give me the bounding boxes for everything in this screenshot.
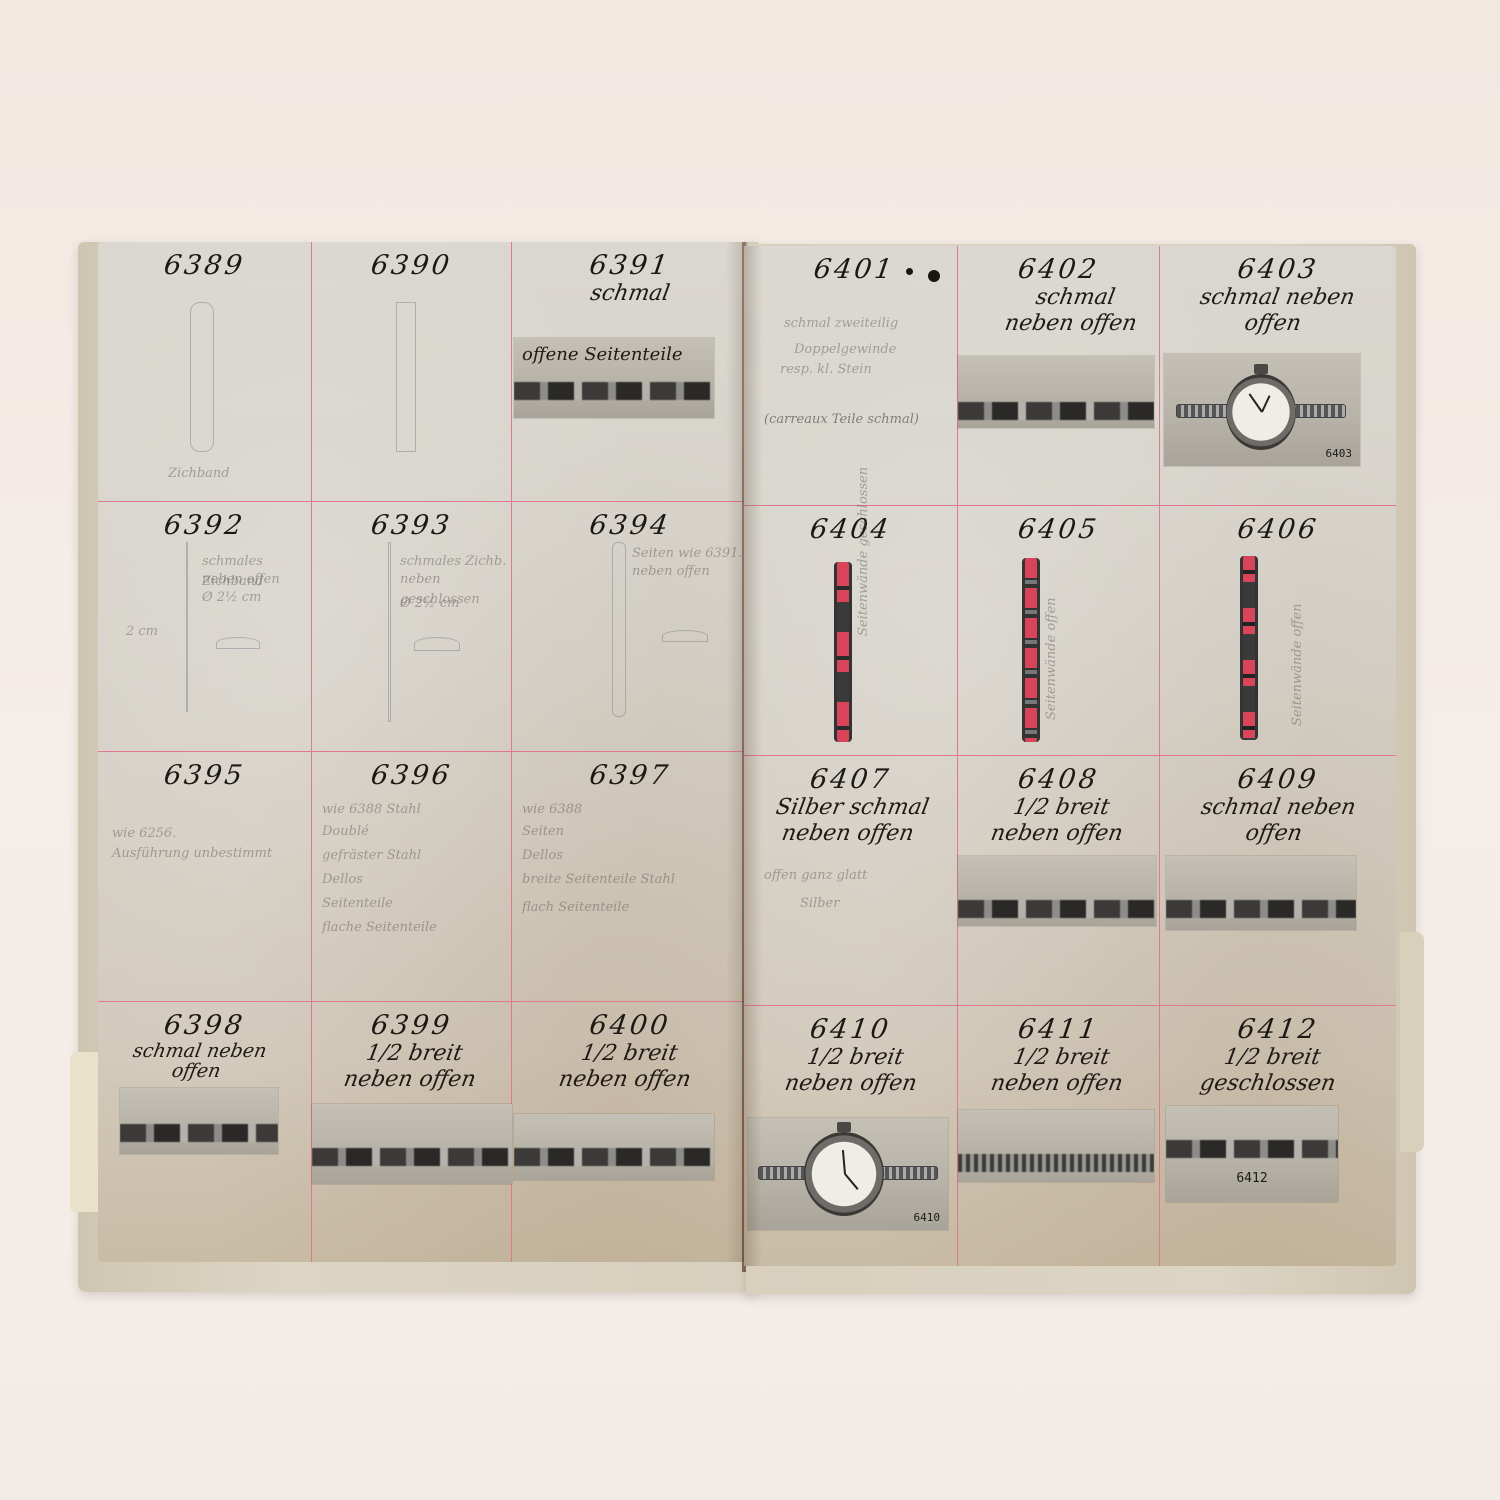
entry-label: 1/2 breit neben offen [979,795,1138,847]
pencil-note: neben offen [202,570,280,590]
entry-number: 6402 [956,254,1161,285]
pencil-note: neben offen [632,562,710,582]
pencil-note: 2 cm [126,622,158,642]
entry-label: schmal [510,281,748,307]
bracelet-band [958,402,1154,420]
pencil-note: Dellos [522,846,563,866]
pencil-note: schmales Zichb. [400,552,506,572]
entry-cell: 6412 1/2 breit geschlossen 6412 [1160,1006,1396,1266]
pencil-bracelet-sketch [186,542,188,712]
entry-number: 6389 [98,250,313,281]
entry-number: 6411 [956,1014,1161,1045]
entry-label: schmal neben offen [1185,285,1364,337]
bracelet-photo: 6412 [1166,1106,1338,1202]
pencil-bracelet-sketch [612,542,626,717]
bracelet-photo [312,1104,512,1184]
pencil-note: flache Seitenteile [322,918,437,938]
entry-label: 1/2 breit neben offen [773,1045,932,1097]
entry-cell: 6411 1/2 breit neben offen [958,1006,1160,1266]
pencil-note: Ø 2½ cm [202,588,261,608]
entry-number: 6392 [98,510,313,541]
red-bracelet-drawing [1240,556,1258,740]
entry-number: 6405 [956,514,1161,545]
pencil-profile-sketch [216,637,260,649]
pencil-note: offen ganz glatt [764,866,867,886]
entry-number: 6390 [310,250,513,281]
entry-label: schmal neben offen [124,1041,271,1081]
entry-cell: 6389 Zichband [98,242,312,502]
bracelet-band [312,1148,512,1166]
bracelet-band [958,900,1156,918]
entry-number: 6400 [510,1010,748,1041]
entry-label: 1/2 breit geschlossen [1185,1045,1354,1097]
entry-cell: 6407 Silber schmal neben offen offen gan… [744,756,958,1006]
right-page-grid: 6401 schmal zweiteilig Doppelgewinde res… [744,246,1396,1266]
entry-label: 1/2 breit neben offen [537,1041,716,1093]
entry-cell: 6406 Seitenwände offen [1160,506,1396,756]
pencil-note: Ø 2½ cm [400,594,459,614]
entry-cell: 6404 Seitenwände geschlossen [744,506,958,756]
pencil-note: breite Seitenteile Stahl [522,870,675,890]
entry-cell: 6405 Seitenwände offen [958,506,1160,756]
entry-number: 6398 [98,1010,313,1041]
bracelet-photo [958,1110,1154,1182]
red-bracelet-drawing [1022,558,1040,742]
ink-blot [928,270,940,282]
entry-label: schmal neben offen [993,285,1152,337]
left-page: 6389 Zichband 6390 6391 schmal offene Se… [98,242,748,1262]
pencil-note: Dellos [322,870,363,890]
entry-cell: 6395 wie 6256. Ausführung unbestimmt [98,752,312,1002]
pencil-note: resp. kl. Stein [780,360,872,380]
pencil-profile-sketch [414,637,460,651]
watch-photo: 6403 [1164,354,1360,466]
entry-cell: 6396 wie 6388 Stahl Doublé gefräster Sta… [312,752,512,1002]
entry-number: 6412 [1158,1014,1396,1045]
entry-number: 6406 [1158,514,1396,545]
entry-label: 1/2 breit neben offen [327,1041,496,1093]
pencil-note: Seitenwände offen [1042,597,1062,720]
pencil-note: Silber [800,894,839,914]
entry-cell: 6392 schmales Zichband neben offen Ø 2½ … [98,502,312,752]
pencil-note: Seiten [522,822,564,842]
entry-cell: 6391 schmal offene Seitenteile [512,242,748,502]
watch-face [1226,374,1296,450]
entry-number: 6394 [510,510,748,541]
entry-number: 6401 [744,254,959,285]
bracelet-photo [514,1114,714,1180]
entry-cell: 6390 [312,242,512,502]
watch-hand [842,1150,846,1174]
entry-cell: 6402 schmal neben offen [958,246,1160,506]
pencil-note: Ausführung unbestimmt [112,844,272,864]
bracelet-photo: offene Seitenteile [514,338,714,418]
bracelet-band [1166,1140,1338,1158]
pencil-note: Doublé [322,822,369,842]
entry-number: 6391 [510,250,748,281]
torn-edge-left [70,1052,100,1212]
entry-cell: 6393 schmales Zichb. neben geschlossen Ø… [312,502,512,752]
pencil-note: Zichband [168,464,230,484]
pencil-note: flach Seitenteile [522,898,629,918]
entry-number: 6399 [310,1010,513,1041]
bracelet-photo [1166,856,1356,930]
pencil-note: Seitenteile [322,894,393,914]
open-ledger-book: 6389 Zichband 6390 6391 schmal offene Se… [74,232,1434,1312]
bracelet-band [958,1154,1154,1172]
entry-number: 6409 [1158,764,1396,795]
torn-edge-right [1400,932,1424,1152]
pencil-note: gefräster Stahl [322,846,421,866]
bracelet-photo [958,856,1156,926]
pencil-note: Seiten wie 6391. [632,544,743,564]
bracelet-photo [958,356,1154,428]
bracelet-photo [120,1088,278,1154]
left-page-grid: 6389 Zichband 6390 6391 schmal offene Se… [98,242,748,1262]
entry-number: 6395 [98,760,313,791]
watch-photo: 6410 [748,1118,948,1230]
bracelet-band [120,1124,278,1142]
entry-cell: 6400 1/2 breit neben offen [512,1002,748,1262]
watch-hand [1261,395,1270,412]
watch-face [804,1132,884,1216]
entry-number: 6396 [310,760,513,791]
entry-number: 6397 [510,760,748,791]
pencil-bracelet-sketch [190,302,214,452]
watch-crown [1254,364,1268,374]
pencil-note: wie 6388 Stahl [322,800,421,820]
entry-cell: 6398 schmal neben offen [98,1002,312,1262]
ink-blot [906,268,913,275]
red-bracelet-drawing [834,562,852,742]
entry-cell: 6401 schmal zweiteilig Doppelgewinde res… [744,246,958,506]
entry-label: Silber schmal neben offen [755,795,944,847]
bracelet-band [514,382,714,400]
entry-label: 1/2 breit neben offen [979,1045,1138,1097]
pencil-note: Seitenwände geschlossen [854,467,874,636]
entry-number: 6410 [744,1014,959,1045]
entry-cell: 6410 1/2 breit neben offen 6410 [744,1006,958,1266]
entry-number: 6407 [744,764,959,795]
bracelet-band [1166,900,1356,918]
pencil-note: Doppelgewinde [794,340,896,360]
entry-label: schmal neben offen [1191,795,1360,847]
pencil-note: Seitenwände offen [1288,603,1308,726]
pencil-bracelet-sketch [388,542,391,722]
entry-number: 6393 [310,510,513,541]
entry-cell: 6397 wie 6388 Seiten Dellos breite Seite… [512,752,748,1002]
entry-cell: 6403 schmal neben offen 6403 [1160,246,1396,506]
watch-hand [844,1173,858,1190]
pencil-note: (carreaux Teile schmal) [764,410,919,430]
pencil-note: wie 6256. [112,824,176,844]
entry-cell: 6399 1/2 breit neben offen [312,1002,512,1262]
pencil-profile-sketch [662,630,708,642]
right-page: 6401 schmal zweiteilig Doppelgewinde res… [744,246,1396,1266]
pencil-note: schmal zweiteilig [784,314,898,334]
photo-stamp: 6403 [1326,447,1353,460]
watch-crown [837,1122,851,1132]
pencil-bracelet-sketch [396,302,416,452]
photo-caption: offene Seitenteile [522,344,682,365]
entry-number: 6404 [744,514,959,545]
bracelet-band [514,1148,714,1166]
entry-number: 6403 [1158,254,1396,285]
entry-cell: 6394 Seiten wie 6391. neben offen [512,502,748,752]
entry-cell: 6408 1/2 breit neben offen [958,756,1160,1006]
pencil-note: wie 6388 [522,800,582,820]
photo-stamp: 6410 [914,1211,941,1224]
entry-cell: 6409 schmal neben offen [1160,756,1396,1006]
photo-stamp: 6412 [1166,1171,1338,1186]
entry-number: 6408 [956,764,1161,795]
